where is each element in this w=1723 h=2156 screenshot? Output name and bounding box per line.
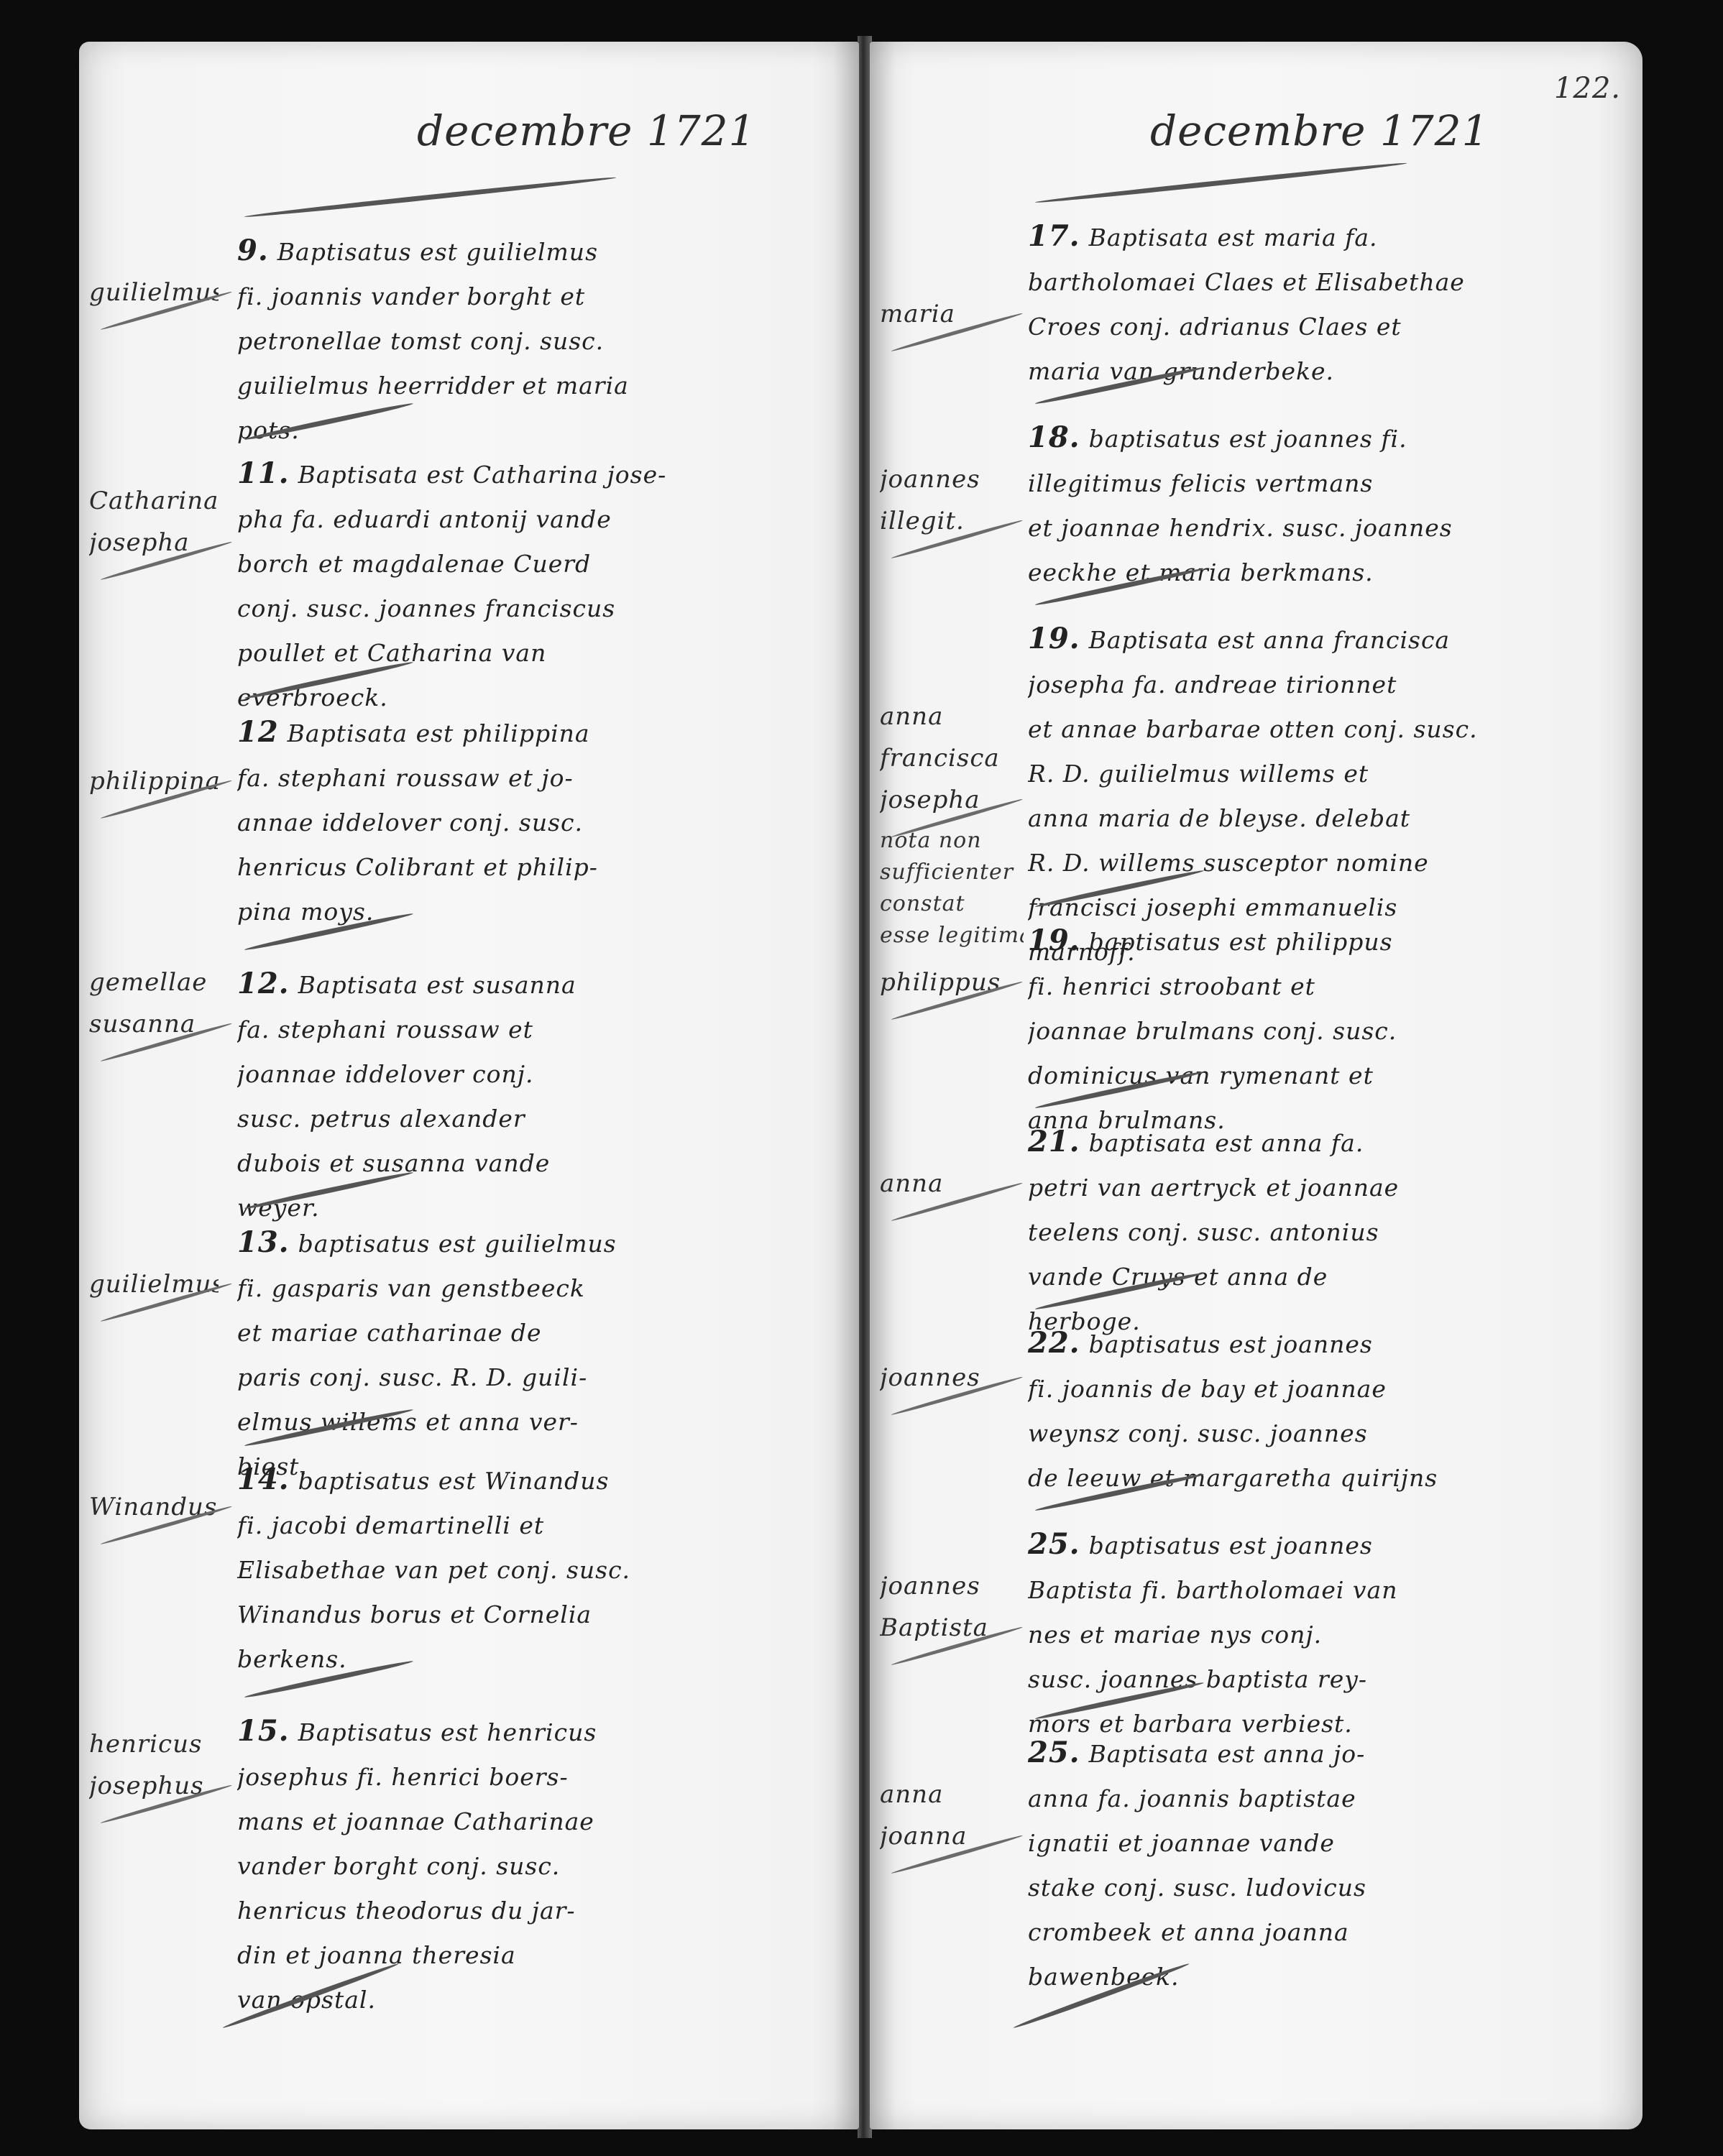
entry-line-text: Baptisata est anna jo- — [1089, 1740, 1366, 1768]
margin-child-name: anna — [880, 1163, 1009, 1204]
entry-line-text: illegitimus felicis vertmans — [1028, 469, 1373, 497]
entry-line: joannae brulmans conj. susc. — [1028, 1009, 1618, 1054]
entry-line-text: baptisatus est guilielmus — [298, 1230, 617, 1258]
margin-name-line: guilielmus — [89, 1263, 219, 1305]
page-header: decembre 1721 — [1150, 106, 1489, 155]
margin-name-line: anna — [880, 696, 1009, 737]
margin-child-name: maria — [880, 293, 1009, 335]
entry-line-text: stake conj. susc. ludovicus — [1028, 1874, 1366, 1902]
entry-line: vander borght conj. susc. — [237, 1844, 835, 1889]
entry-line-text: guilielmus heerridder et maria — [237, 372, 629, 400]
margin-note-line: sufficienter — [880, 857, 1024, 888]
entry-line: 22.baptisatus est joannes — [1028, 1321, 1618, 1367]
margin-child-name: philippus — [880, 962, 1009, 1003]
entry-line-text: Baptisata est anna francisca — [1089, 626, 1451, 654]
entry-line: 25.baptisatus est joannes — [1028, 1522, 1618, 1568]
margin-note-line: nota non — [880, 825, 1024, 857]
entry-separator — [244, 175, 617, 219]
entry-line: Winandus borus et Cornelia — [237, 1593, 835, 1637]
entry-line-text: josephus fi. henrici boers- — [237, 1763, 569, 1791]
entry-line-text: baptisatus est joannes — [1089, 1330, 1373, 1358]
entry-line-text: Baptisatus est guilielmus — [277, 238, 598, 266]
entry-line-text: poullet et Catharina van — [237, 639, 546, 667]
entry-line: R. D. guilielmus willems et — [1028, 752, 1618, 796]
entry-line: fi. joannis de bay et joannae — [1028, 1367, 1618, 1411]
entry-line: susc. joannes baptista rey- — [1028, 1657, 1618, 1702]
entry-day: 15. — [237, 1714, 290, 1748]
margin-name-line: susanna — [89, 1003, 219, 1045]
entry-line-text: vander borght conj. susc. — [237, 1852, 560, 1880]
margin-child-name: Winandus — [89, 1486, 219, 1528]
entry-line-text: susc. petrus alexander — [237, 1105, 525, 1133]
entry-line-text: fi. joannis de bay et joannae — [1028, 1375, 1387, 1403]
entry-line: fa. stephani roussaw et jo- — [237, 756, 835, 801]
margin-child-name: philippina — [89, 760, 219, 802]
entry-line: fi. joannis vander borght et — [237, 275, 835, 319]
entry-line-text: baptisatus est Winandus — [298, 1467, 610, 1495]
entry-line-text: dominicus van rymenant et — [1028, 1061, 1374, 1089]
entry-line-text: de leeuw et margaretha quirijns — [1028, 1464, 1438, 1492]
margin-name-line: anna — [880, 1163, 1009, 1204]
entry-text: 14.baptisatus est Winandusfi. jacobi dem… — [237, 1457, 835, 1682]
entry-text: 19.baptisatus est philippusfi. henrici s… — [1028, 918, 1618, 1143]
entry-line-text: et annae barbarae otten conj. susc. — [1028, 715, 1478, 743]
margin-name-line: josepha — [89, 522, 219, 563]
entry-line-text: R. D. guilielmus willems et — [1028, 760, 1369, 788]
margin-name-line: philippus — [880, 962, 1009, 1003]
entry-line: susc. petrus alexander — [237, 1097, 835, 1141]
entry-line: stake conj. susc. ludovicus — [1028, 1866, 1618, 1910]
entry-day: 22. — [1028, 1326, 1080, 1360]
entry-line: elmus willems et anna ver- — [237, 1400, 835, 1445]
entry-line-text: fi. henrici stroobant et — [1028, 972, 1315, 1000]
entry-text: 22.baptisatus est joannesfi. joannis de … — [1028, 1321, 1618, 1501]
margin-name-line: Catharina — [89, 480, 219, 522]
entry-line: fi. jacobi demartinelli et — [237, 1503, 835, 1548]
entry-line: 17.Baptisata est maria fa. — [1028, 214, 1618, 260]
entry-line: paris conj. susc. R. D. guili- — [237, 1355, 835, 1400]
entry-line: R. D. willems susceptor nomine — [1028, 841, 1618, 885]
entry-line-text: everbroeck. — [237, 683, 388, 711]
entry-line: anna fa. joannis baptistae — [1028, 1777, 1618, 1821]
entry-line: bartholomaei Claes et Elisabethae — [1028, 260, 1618, 305]
entry-line-text: berkens. — [237, 1645, 347, 1673]
entry-line-text: nes et mariae nys conj. — [1028, 1621, 1322, 1649]
entry-line-text: henricus theodorus du jar- — [237, 1897, 576, 1925]
entry-text: 25.baptisatus est joannesBaptista fi. ba… — [1028, 1522, 1618, 1746]
entry-line-text: et mariae catharinae de — [237, 1319, 542, 1347]
entry-day: 12. — [237, 967, 290, 1000]
margin-name-line: joannes — [880, 1357, 1009, 1399]
entry-line-text: Baptista fi. bartholomaei van — [1028, 1576, 1397, 1604]
entry-line-text: din et joanna theresia — [237, 1941, 516, 1969]
entry-line: joannae iddelover conj. — [237, 1052, 835, 1097]
entry-line-text: fi. gasparis van genstbeeck — [237, 1274, 585, 1302]
entry-day: 19. — [1028, 622, 1080, 655]
entry-day: 14. — [237, 1462, 290, 1496]
margin-name-line: Baptista — [880, 1607, 1009, 1649]
entry-line: 12.Baptisata est susanna — [237, 962, 835, 1008]
margin-note-line: constat — [880, 888, 1024, 920]
margin-name-line: josepha — [880, 779, 1009, 821]
margin-name-line: illegit. — [880, 500, 1009, 542]
entry-day: 25. — [1028, 1527, 1080, 1561]
entry-line: 21.baptisata est anna fa. — [1028, 1120, 1618, 1166]
entry-line: et joannae hendrix. susc. joannes — [1028, 506, 1618, 550]
entry-line-text: fa. stephani roussaw et jo- — [237, 764, 574, 792]
page-header: decembre 1721 — [417, 106, 755, 155]
entry-line: conj. susc. joannes franciscus — [237, 586, 835, 631]
entry-line: fa. stephani roussaw et — [237, 1008, 835, 1052]
entry-line: pha fa. eduardi antonij vande — [237, 497, 835, 542]
entry-line: fi. gasparis van genstbeeck — [237, 1266, 835, 1311]
entry-line: teelens conj. susc. antonius — [1028, 1210, 1618, 1255]
entry-day: 21. — [1028, 1125, 1080, 1158]
entry-day: 18. — [1028, 420, 1080, 454]
entry-line-text: crombeek et anna joanna — [1028, 1918, 1349, 1946]
entry-line: nes et mariae nys conj. — [1028, 1613, 1618, 1657]
entry-line: din et joanna theresia — [237, 1933, 835, 1978]
entry-line-text: fi. jacobi demartinelli et — [237, 1511, 544, 1539]
entry-line: dubois et susanna vande — [237, 1141, 835, 1186]
entry-line: guilielmus heerridder et maria — [237, 364, 835, 408]
entry-line-text: anna fa. joannis baptistae — [1028, 1784, 1356, 1812]
entry-text: 13.baptisatus est guilielmusfi. gasparis… — [237, 1220, 835, 1489]
margin-name-line: Winandus — [89, 1486, 219, 1528]
entry-line: Baptista fi. bartholomaei van — [1028, 1568, 1618, 1613]
entry-line: josephus fi. henrici boers- — [237, 1755, 835, 1800]
entry-line-text: R. D. willems susceptor nomine — [1028, 849, 1429, 877]
entry-line: 9.Baptisatus est guilielmus — [237, 229, 835, 275]
entry-day: 9. — [237, 234, 269, 267]
entry-line-text: petronellae tomst conj. susc. — [237, 327, 604, 355]
entry-day: 25. — [1028, 1736, 1080, 1769]
entry-line: henricus theodorus du jar- — [237, 1889, 835, 1933]
margin-name-line: joannes — [880, 459, 1009, 500]
entry-line: Elisabethae van pet conj. susc. — [237, 1548, 835, 1593]
entry-line-text: joannae iddelover conj. — [237, 1060, 534, 1088]
entry-line: poullet et Catharina van — [237, 631, 835, 676]
margin-name-line: francisca — [880, 737, 1009, 779]
entry-line-text: henricus Colibrant et philip- — [237, 853, 598, 881]
entry-line-text: weynsz conj. susc. joannes — [1028, 1419, 1368, 1447]
margin-name-line: joannes — [880, 1565, 1009, 1607]
folio-number: 122. — [1554, 72, 1621, 105]
entry-line-text: elmus willems et anna ver- — [237, 1408, 579, 1436]
entry-line: 19.baptisatus est philippus — [1028, 918, 1618, 964]
entry-line-text: joannae brulmans conj. susc. — [1028, 1017, 1397, 1045]
entry-line-text: susc. joannes baptista rey- — [1028, 1665, 1367, 1693]
entry-line: anna maria de bleyse. delebat — [1028, 796, 1618, 841]
entry-line: 13.baptisatus est guilielmus — [237, 1220, 835, 1266]
entry-line-text: et joannae hendrix. susc. joannes — [1028, 514, 1453, 542]
entry-line-text: conj. susc. joannes franciscus — [237, 594, 615, 622]
entry-line: borch et magdalenae Cuerd — [237, 542, 835, 586]
margin-name-line: guilielmus — [89, 272, 219, 313]
left-page: decembre 1721 guilielmus9.Baptisatus est… — [79, 42, 859, 2129]
entry-day: 17. — [1028, 219, 1080, 253]
entry-line-text: ignatii et joannae vande — [1028, 1829, 1335, 1857]
entry-line: ignatii et joannae vande — [1028, 1821, 1618, 1866]
entry-separator — [1035, 161, 1407, 205]
entry-line: van opstal. — [237, 1978, 835, 2022]
entry-line: 18.baptisatus est joannes fi. — [1028, 415, 1618, 461]
entry-day: 12 — [237, 715, 279, 749]
margin-name-line: anna — [880, 1774, 1009, 1815]
margin-name-line: joanna — [880, 1815, 1009, 1857]
margin-name-line: philippina — [89, 760, 219, 802]
margin-child-name: guilielmus — [89, 272, 219, 313]
entry-line-text: bartholomaei Claes et Elisabethae — [1028, 268, 1465, 296]
margin-child-name: guilielmus — [89, 1263, 219, 1305]
entry-line: crombeek et anna joanna — [1028, 1910, 1618, 1955]
entry-line-text: baptisatus est philippus — [1089, 928, 1393, 956]
entry-line-text: Winandus borus et Cornelia — [237, 1600, 592, 1628]
entry-line: henricus Colibrant et philip- — [237, 845, 835, 890]
entry-line: et annae barbarae otten conj. susc. — [1028, 707, 1618, 752]
entry-line: fi. henrici stroobant et — [1028, 964, 1618, 1009]
entry-line-text: fi. joannis vander borght et — [237, 282, 585, 310]
right-page: decembre 1721 122. maria17.Baptisata est… — [870, 42, 1642, 2129]
entry-line-text: petri van aertryck et joannae — [1028, 1174, 1399, 1202]
entry-line-text: baptisatus est joannes fi. — [1089, 425, 1407, 453]
entry-line: pots. — [237, 408, 835, 453]
entry-line: illegitimus felicis vertmans — [1028, 461, 1618, 506]
entry-line-text: teelens conj. susc. antonius — [1028, 1218, 1379, 1246]
entry-line-text: pha fa. eduardi antonij vande — [237, 505, 612, 533]
margin-note-line: esse legitimam — [880, 920, 1024, 952]
entry-line: 14.baptisatus est Winandus — [237, 1457, 835, 1503]
entry-line-text: fa. stephani roussaw et — [237, 1015, 533, 1044]
entry-line-text: baptisata est anna fa. — [1089, 1129, 1364, 1157]
entry-line-text: Elisabethae van pet conj. susc. — [237, 1556, 630, 1584]
entry-line-text: Baptisata est Catharina jose- — [298, 461, 667, 489]
entry-line-text: Baptisata est philippina — [288, 719, 590, 747]
entry-line: josepha fa. andreae tirionnet — [1028, 663, 1618, 707]
entry-line: 15.Baptisatus est henricus — [237, 1709, 835, 1755]
entry-day: 19. — [1028, 923, 1080, 957]
entry-line-text: Baptisatus est henricus — [298, 1718, 597, 1746]
entry-line-text: borch et magdalenae Cuerd — [237, 550, 591, 578]
entry-line-text: anna maria de bleyse. delebat — [1028, 804, 1410, 832]
entry-line: 25.Baptisata est anna jo- — [1028, 1731, 1618, 1777]
entry-line: weynsz conj. susc. joannes — [1028, 1411, 1618, 1456]
entry-day: 11. — [237, 456, 290, 490]
entry-line: petri van aertryck et joannae — [1028, 1166, 1618, 1210]
entry-line: pina moys. — [237, 890, 835, 934]
entry-line-text: mans et joannae Catharinae — [237, 1807, 594, 1835]
entry-day: 13. — [237, 1225, 290, 1259]
entry-line-text: paris conj. susc. R. D. guili- — [237, 1363, 587, 1391]
entry-line: et mariae catharinae de — [237, 1311, 835, 1355]
entry-text: 15.Baptisatus est henricusjosephus fi. h… — [237, 1709, 835, 2022]
margin-note: nota nonsufficienterconstatesse legitima… — [880, 825, 1024, 952]
margin-name-line: gemellae — [89, 962, 219, 1003]
entry-line-text: Baptisata est susanna — [298, 971, 576, 999]
entry-line-text: dubois et susanna vande — [237, 1149, 550, 1177]
margin-name-line: maria — [880, 293, 1009, 335]
margin-child-name: joannes — [880, 1357, 1009, 1399]
entry-line-text: baptisatus est joannes — [1089, 1531, 1373, 1560]
entry-line-text: Baptisata est maria fa. — [1089, 224, 1378, 252]
entry-line-text: josepha fa. andreae tirionnet — [1028, 671, 1397, 699]
entry-line: berkens. — [237, 1637, 835, 1682]
entry-line-text: Croes conj. adrianus Claes et — [1028, 313, 1402, 341]
margin-name-line: henricus — [89, 1723, 219, 1765]
entry-line: Croes conj. adrianus Claes et — [1028, 305, 1618, 349]
entry-line: petronellae tomst conj. susc. — [237, 319, 835, 364]
entry-line: 11.Baptisata est Catharina jose- — [237, 451, 835, 497]
fold-shadow — [833, 42, 859, 2129]
entry-line: 12Baptisata est philippina — [237, 710, 835, 756]
entry-text: 12Baptisata est philippinafa. stephani r… — [237, 710, 835, 934]
entry-line: mans et joannae Catharinae — [237, 1800, 835, 1844]
entry-text: 21.baptisata est anna fa.petri van aertr… — [1028, 1120, 1618, 1344]
margin-child-name: annafranciscajosepha — [880, 696, 1009, 821]
entry-text: 25.Baptisata est anna jo-anna fa. joanni… — [1028, 1731, 1618, 1999]
entry-line-text: eeckhe et maria berkmans. — [1028, 558, 1374, 586]
entry-text: 18.baptisatus est joannes fi.illegitimus… — [1028, 415, 1618, 595]
entry-line: 19.Baptisata est anna francisca — [1028, 617, 1618, 663]
entry-line-text: annae iddelover conj. susc. — [237, 808, 583, 837]
entry-text: 17.Baptisata est maria fa.bartholomaei C… — [1028, 214, 1618, 394]
entry-line: annae iddelover conj. susc. — [237, 801, 835, 845]
entry-line-text: pina moys. — [237, 898, 374, 926]
margin-name-line: josephus — [89, 1765, 219, 1807]
